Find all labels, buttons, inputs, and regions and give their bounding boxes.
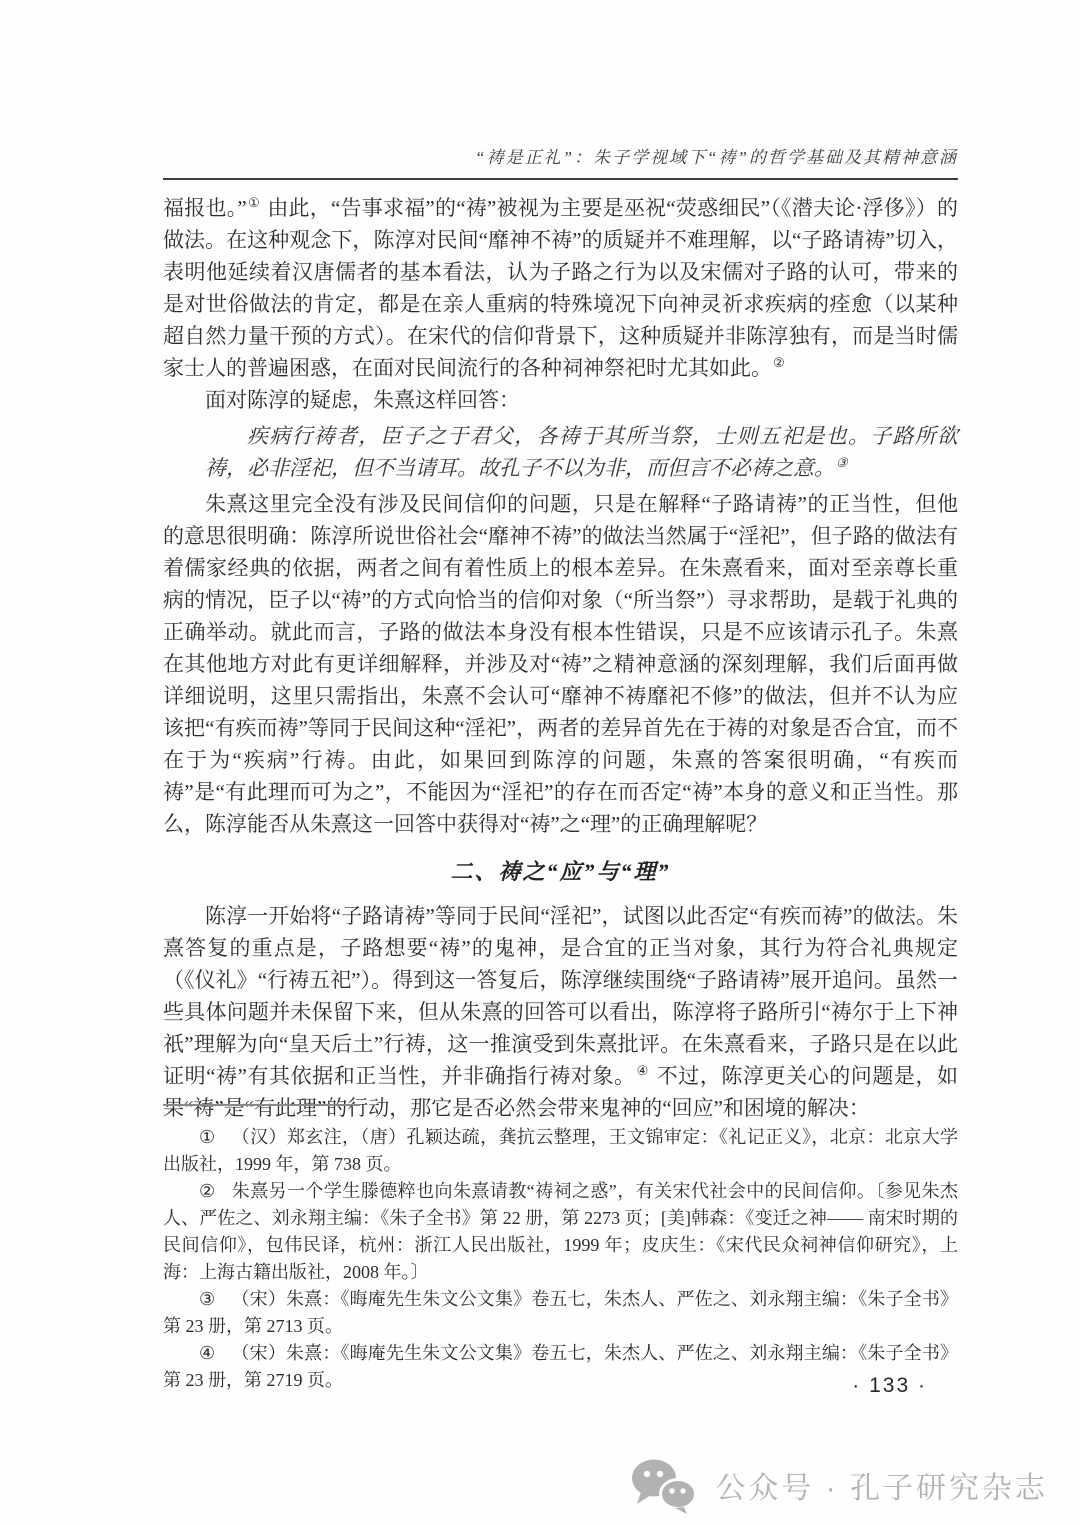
- footnote-ref-2: ②: [773, 355, 785, 370]
- footnote-3-text: （宋）朱熹：《晦庵先生朱文公文集》卷五七，朱杰人、严佐之、刘永翔主编：《朱子全书…: [163, 1289, 958, 1336]
- page-number: · 133 ·: [852, 1374, 927, 1398]
- paragraph-1: 福报也。”① 由此，“告事求福”的“祷”被视为主要是巫祝“荧惑细民”（《潜夫论·…: [163, 192, 958, 384]
- block-quote: 疾病行祷者，臣子之于君父，各祷于其所当祭，士则五祀是也。子路所欲祷，必非淫祀，但…: [205, 420, 958, 484]
- paragraph-4-text: 陈淳一开始将“子路请祷”等同于民间“淫祀”，试图以此否定“有疾而祷”的做法。朱熹…: [163, 904, 958, 1088]
- paragraph-1-lead: 福报也。”: [163, 196, 247, 220]
- footnote-1: ①（汉）郑玄注，（唐）孔颖达疏，龚抗云整理，王文锦审定：《礼记正义》，北京：北京…: [163, 1124, 958, 1178]
- watermark-text: 公众号 · 孔子研究杂志: [715, 1463, 1048, 1507]
- wechat-icon: [627, 1456, 701, 1514]
- footnote-4-marker: ④: [199, 1343, 215, 1363]
- footnote-separator: [163, 1104, 360, 1106]
- footnote-1-text: （汉）郑玄注，（唐）孔颖达疏，龚抗云整理，王文锦审定：《礼记正义》，北京：北京大…: [163, 1127, 958, 1174]
- paragraph-2: 面对陈淳的疑虑，朱熹这样回答：: [163, 384, 958, 416]
- footnote-4: ④（宋）朱熹：《晦庵先生朱文公文集》卷五七，朱杰人、严佐之、刘永翔主编：《朱子全…: [163, 1340, 958, 1394]
- footnotes-block: ①（汉）郑玄注，（唐）孔颖达疏，龚抗云整理，王文锦审定：《礼记正义》，北京：北京…: [163, 1104, 958, 1394]
- footnote-1-marker: ①: [199, 1127, 216, 1147]
- journal-page: “祷是正礼”：朱子学视域下“祷”的哲学基础及其精神意涵 福报也。”① 由此，“告…: [0, 0, 1080, 1526]
- footnote-3-marker: ③: [199, 1289, 215, 1309]
- paragraph-3: 朱熹这里完全没有涉及民间信仰的问题，只是在解释“子路请祷”的正当性，但他的意思很…: [163, 488, 958, 840]
- page-content: “祷是正礼”：朱子学视域下“祷”的哲学基础及其精神意涵 福报也。”① 由此，“告…: [163, 0, 958, 1124]
- footnote-ref-1: ①: [248, 195, 260, 210]
- footnote-ref-4: ④: [637, 1063, 649, 1078]
- wechat-watermark: 公众号 · 孔子研究杂志: [627, 1456, 1048, 1514]
- footnote-2: ②朱熹另一个学生滕德粹也向朱熹请教“祷祠之惑”，有关宋代社会中的民间信仰。〔参见…: [163, 1178, 958, 1286]
- footnote-2-text: 朱熹另一个学生滕德粹也向朱熹请教“祷祠之惑”，有关宋代社会中的民间信仰。〔参见朱…: [163, 1181, 958, 1282]
- block-quote-text: 疾病行祷者，臣子之于君父，各祷于其所当祭，士则五祀是也。子路所欲祷，必非淫祀，但…: [205, 424, 958, 480]
- header-rule: [163, 178, 958, 180]
- paragraph-4: 陈淳一开始将“子路请祷”等同于民间“淫祀”，试图以此否定“有疾而祷”的做法。朱熹…: [163, 900, 958, 1124]
- footnote-2-marker: ②: [199, 1181, 216, 1201]
- running-title: “祷是正礼”：朱子学视域下“祷”的哲学基础及其精神意涵: [163, 146, 958, 170]
- footnote-4-text: （宋）朱熹：《晦庵先生朱文公文集》卷五七，朱杰人、严佐之、刘永翔主编：《朱子全书…: [163, 1343, 958, 1390]
- article-body: 福报也。”① 由此，“告事求福”的“祷”被视为主要是巫祝“荧惑细民”（《潜夫论·…: [163, 192, 958, 1124]
- footnote-ref-3: ③: [836, 455, 848, 470]
- footnote-3: ③（宋）朱熹：《晦庵先生朱文公文集》卷五七，朱杰人、严佐之、刘永翔主编：《朱子全…: [163, 1286, 958, 1340]
- section-heading: 二、祷之“应”与“理”: [163, 856, 958, 888]
- paragraph-1-text: 由此，“告事求福”的“祷”被视为主要是巫祝“荧惑细民”（《潜夫论·浮侈》）的做法…: [163, 196, 958, 380]
